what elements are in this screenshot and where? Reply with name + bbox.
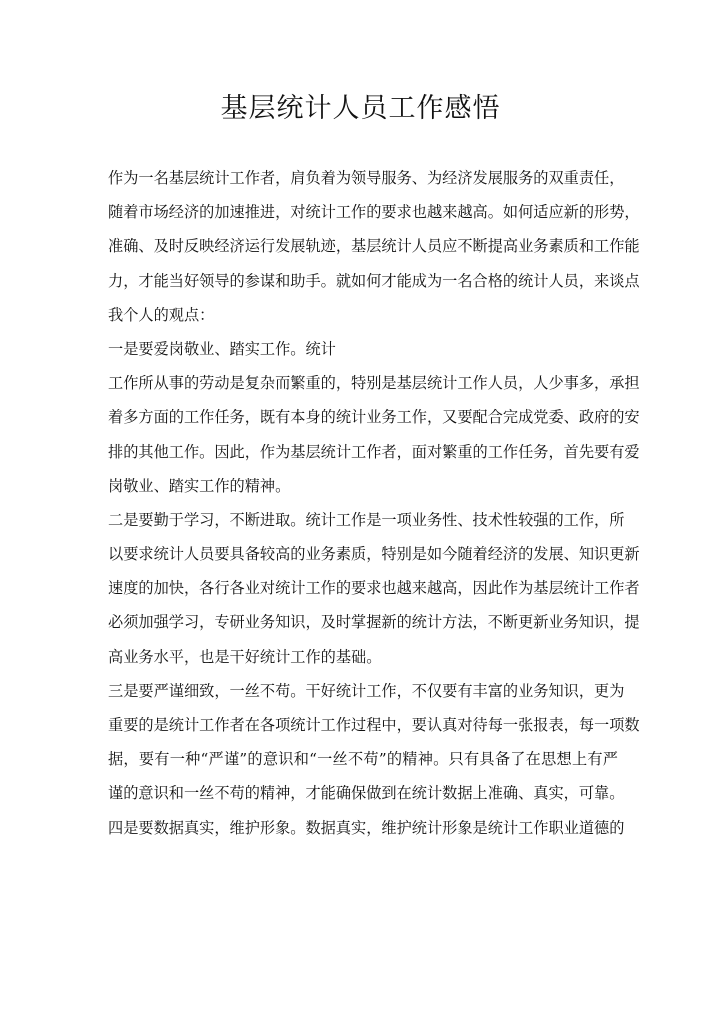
paragraph-line: 准确、及时反映经济运行发展轨迹，基层统计人员应不断提高业务素质和工作能 [108, 236, 618, 270]
paragraph-line: 力，才能当好领导的参谋和助手。就如何才能成为一名合格的统计人员，来谈点 [108, 271, 618, 305]
document-title: 基层统计人员工作感悟 [0, 86, 721, 125]
paragraph-line: 着多方面的工作任务，既有本身的统计业务工作，又要配合完成党委、政府的安 [108, 407, 618, 441]
paragraph-line: 工作所从事的劳动是复杂而繁重的，特别是基层统计工作人员，人少事多，承担 [108, 373, 618, 407]
paragraph-line: 据，要有一种“严谨”的意识和“一丝不苟”的精神。只有具备了在思想上有严 [108, 749, 618, 783]
paragraph-line: 谨的意识和一丝不苟的精神，才能确保做到在统计数据上准确、真实，可靠。 [108, 783, 618, 817]
paragraph-line: 必须加强学习，专研业务知识，及时掌握新的统计方法，不断更新业务知识，提 [108, 612, 618, 646]
paragraph-line: 作为一名基层统计工作者，肩负着为领导服务、为经济发展服务的双重责任， [108, 168, 618, 202]
paragraph-line: 重要的是统计工作者在各项统计工作过程中，要认真对待每一张报表，每一项数 [108, 715, 618, 749]
paragraph-line: 以要求统计人员要具备较高的业务素质，特别是如今随着经济的发展、知识更新 [108, 544, 618, 578]
paragraph-line: 我个人的观点： [108, 305, 618, 339]
paragraph-line: 岗敬业、踏实工作的精神。 [108, 476, 618, 510]
paragraph-line: 随着市场经济的加速推进，对统计工作的要求也越来越高。如何适应新的形势， [108, 202, 618, 236]
paragraph-line: 四是要数据真实，维护形象。数据真实，维护统计形象是统计工作职业道德的 [108, 818, 618, 852]
paragraph-line: 一是要爱岗敬业、踏实工作。统计 [108, 339, 618, 373]
paragraph-line: 高业务水平，也是干好统计工作的基础。 [108, 647, 618, 681]
paragraph-line: 二是要勤于学习，不断进取。统计工作是一项业务性、技术性较强的工作，所 [108, 510, 618, 544]
document-body: 作为一名基层统计工作者，肩负着为领导服务、为经济发展服务的双重责任， 随着市场经… [108, 168, 618, 852]
paragraph-line: 速度的加快，各行各业对统计工作的要求也越来越高，因此作为基层统计工作者 [108, 578, 618, 612]
paragraph-line: 三是要严谨细致，一丝不苟。干好统计工作，不仅要有丰富的业务知识，更为 [108, 681, 618, 715]
paragraph-line: 排的其他工作。因此，作为基层统计工作者，面对繁重的工作任务，首先要有爱 [108, 442, 618, 476]
